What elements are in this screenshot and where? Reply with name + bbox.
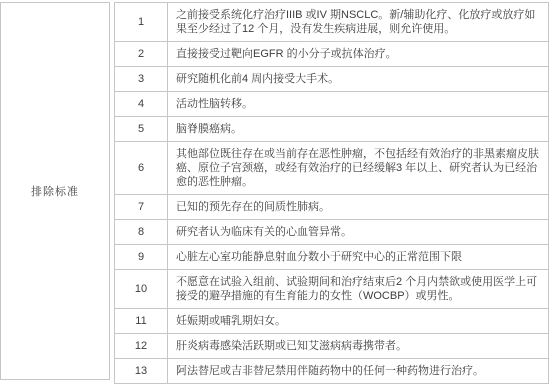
criteria-row-text: 直接接受过靶向EGFR 的小分子或抗体治疗。	[168, 42, 549, 67]
criteria-row: 4活动性脑转移。	[115, 92, 549, 117]
criteria-row-text: 活动性脑转移。	[168, 92, 549, 117]
criteria-row-number: 1	[115, 3, 168, 42]
criteria-row-number: 4	[115, 92, 168, 117]
criteria-row: 11妊娠期或哺乳期妇女。	[115, 309, 549, 334]
criteria-row-number: 12	[115, 334, 168, 359]
criteria-row-number: 7	[115, 195, 168, 220]
criteria-row: 12肝炎病毒感染活跃期或已知艾滋病病毒携带者。	[115, 334, 549, 359]
criteria-table-body: 1之前接受系统化疗治疗IIIB 或IV 期NSCLC。新/辅助化疗、化放疗或放疗…	[115, 3, 549, 384]
criteria-row: 3研究随机化前4 周内接受大手术。	[115, 67, 549, 92]
criteria-row-number: 3	[115, 67, 168, 92]
criteria-row-text: 研究随机化前4 周内接受大手术。	[168, 67, 549, 92]
exclusion-criteria-section: 排除标准 1之前接受系统化疗治疗IIIB 或IV 期NSCLC。新/辅助化疗、化…	[0, 2, 549, 380]
criteria-row: 8研究者认为临床有关的心血管异常。	[115, 220, 549, 245]
criteria-row: 10不愿意在试验入组前、试验期间和治疗结束后2 个月内禁欲或使用医学上可接受的避…	[115, 270, 549, 309]
criteria-row-number: 10	[115, 270, 168, 309]
criteria-row: 1之前接受系统化疗治疗IIIB 或IV 期NSCLC。新/辅助化疗、化放疗或放疗…	[115, 3, 549, 42]
criteria-row-number: 13	[115, 359, 168, 384]
criteria-row: 2直接接受过靶向EGFR 的小分子或抗体治疗。	[115, 42, 549, 67]
criteria-row-text: 不愿意在试验入组前、试验期间和治疗结束后2 个月内禁欲或使用医学上可接受的避孕措…	[168, 270, 549, 309]
criteria-row-text: 其他部位既往存在或当前存在恶性肿瘤，不包括经有效治疗的非黑素瘤皮肤癌、原位子宫颈…	[168, 142, 549, 195]
criteria-row-number: 2	[115, 42, 168, 67]
section-label-exclusion-criteria: 排除标准	[0, 2, 110, 380]
criteria-row-text: 肝炎病毒感染活跃期或已知艾滋病病毒携带者。	[168, 334, 549, 359]
criteria-row: 9心脏左心室功能静息射血分数小于研究中心的正常范围下限	[115, 245, 549, 270]
criteria-row-number: 9	[115, 245, 168, 270]
criteria-row: 7已知的预先存在的间质性肺病。	[115, 195, 549, 220]
document-page: 排除标准 1之前接受系统化疗治疗IIIB 或IV 期NSCLC。新/辅助化疗、化…	[0, 0, 550, 386]
criteria-row-number: 11	[115, 309, 168, 334]
criteria-row: 13阿法替尼或吉非替尼禁用伴随药物中的任何一种药物进行治疗。	[115, 359, 549, 384]
criteria-table: 1之前接受系统化疗治疗IIIB 或IV 期NSCLC。新/辅助化疗、化放疗或放疗…	[114, 2, 549, 384]
criteria-row: 5脑脊膜癌病。	[115, 117, 549, 142]
criteria-row-text: 阿法替尼或吉非替尼禁用伴随药物中的任何一种药物进行治疗。	[168, 359, 549, 384]
criteria-row-number: 6	[115, 142, 168, 195]
criteria-row-text: 心脏左心室功能静息射血分数小于研究中心的正常范围下限	[168, 245, 549, 270]
criteria-row: 6其他部位既往存在或当前存在恶性肿瘤，不包括经有效治疗的非黑素瘤皮肤癌、原位子宫…	[115, 142, 549, 195]
criteria-row-number: 8	[115, 220, 168, 245]
criteria-row-text: 之前接受系统化疗治疗IIIB 或IV 期NSCLC。新/辅助化疗、化放疗或放疗如…	[168, 3, 549, 42]
criteria-row-text: 已知的预先存在的间质性肺病。	[168, 195, 549, 220]
criteria-row-text: 妊娠期或哺乳期妇女。	[168, 309, 549, 334]
criteria-row-number: 5	[115, 117, 168, 142]
criteria-row-text: 脑脊膜癌病。	[168, 117, 549, 142]
criteria-row-text: 研究者认为临床有关的心血管异常。	[168, 220, 549, 245]
